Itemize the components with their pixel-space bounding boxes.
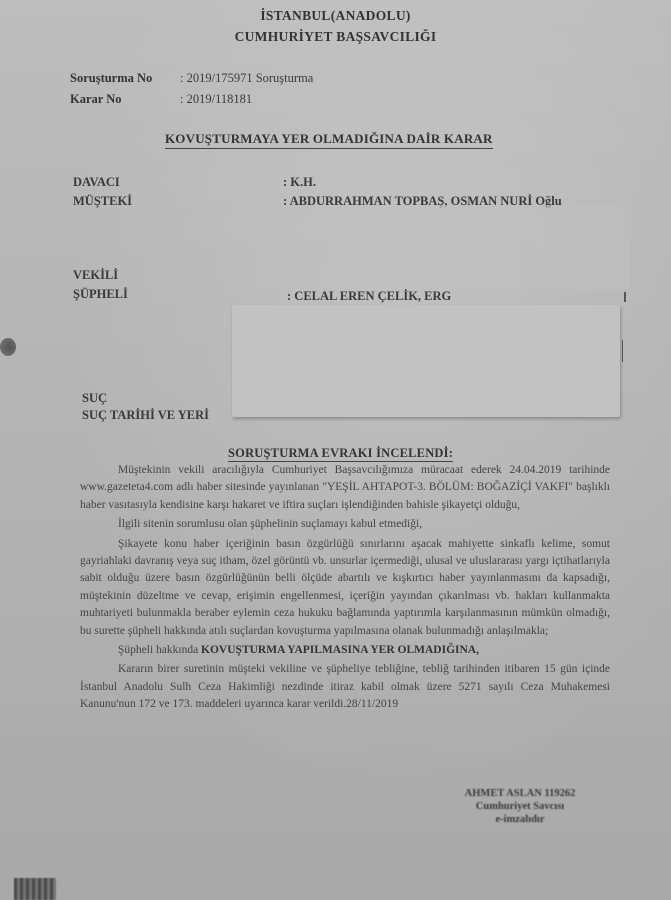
paragraph: İlgili sitenin sorumlusu olan şüphelinin… bbox=[80, 516, 610, 533]
complainant-label: MÜŞTEKİ bbox=[73, 194, 132, 209]
redaction-overlay bbox=[232, 305, 620, 417]
verdict-prefix: Şüpheli hakkında bbox=[118, 644, 201, 656]
redaction-overlay-upper bbox=[390, 205, 630, 290]
closing-paragraph: Kararın birer suretinin müşteki vekiline… bbox=[80, 661, 610, 713]
punch-hole bbox=[0, 338, 16, 356]
decision-body: Müştekinin vekili aracılığıyla Cumhuriye… bbox=[80, 462, 610, 716]
barcode-icon bbox=[14, 878, 56, 900]
document-title: KOVUŞTURMAYA YER OLMADIĞINA DAİR KARAR bbox=[165, 131, 493, 149]
investigation-no-value: : 2019/175971 Soruşturma bbox=[180, 71, 313, 86]
suspect-value: : CELAL EREN ÇELİK, ERG bbox=[287, 289, 451, 304]
crime-label: SUÇ bbox=[82, 391, 107, 406]
signature-title: Cumhuriyet Savcısı bbox=[430, 801, 610, 813]
plaintiff-value: : K.H. bbox=[283, 175, 316, 190]
fold-mark bbox=[624, 292, 626, 302]
attorney-label: VEKİLİ bbox=[73, 268, 118, 283]
investigation-no-label: Soruşturma No bbox=[70, 71, 152, 86]
section-title: SORUŞTURMA EVRAKI İNCELENDİ: bbox=[228, 446, 453, 462]
suspect-label: ŞÜPHELİ bbox=[73, 287, 128, 302]
crime-date-place-label: SUÇ TARİHİ VE YERİ bbox=[82, 408, 209, 423]
office-city: İSTANBUL(ANADOLU) bbox=[0, 8, 671, 24]
paragraph: Şikayete konu haber içeriğinin basın özg… bbox=[80, 536, 610, 640]
signature-name: AHMET ASLAN 119262 bbox=[430, 788, 610, 800]
decision-no-label: Karar No bbox=[70, 92, 122, 107]
signature-note: e-imzalıdır bbox=[430, 814, 610, 826]
paragraph: Müştekinin vekili aracılığıyla Cumhuriye… bbox=[80, 462, 610, 514]
verdict-text: KOVUŞTURMA YAPILMASINA YER OLMADIĞINA, bbox=[201, 644, 479, 656]
decision-no-value: : 2019/118181 bbox=[180, 92, 252, 107]
office-name: CUMHURİYET BAŞSAVCILIĞI bbox=[0, 29, 671, 45]
plaintiff-label: DAVACI bbox=[73, 175, 120, 190]
fold-mark bbox=[622, 340, 623, 362]
verdict-paragraph: Şüpheli hakkında KOVUŞTURMA YAPILMASINA … bbox=[80, 642, 610, 659]
